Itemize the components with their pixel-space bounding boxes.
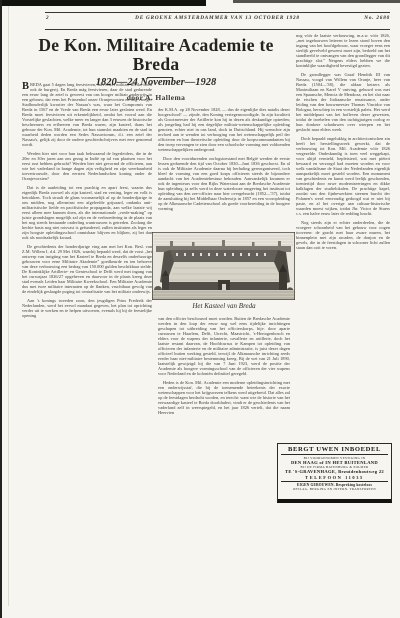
header-rule-top xyxy=(45,12,390,13)
paragraph: der K.M.A. op 28 November 1828, — dus de… xyxy=(158,107,290,152)
drop-cap: B xyxy=(22,82,30,91)
paragraph: Aan 's konings tweeden zoon, den jeugdig… xyxy=(22,298,152,318)
ad-headline: BERGT UWEN INBOEDEL xyxy=(278,446,391,453)
scan-edge-artifact xyxy=(0,0,2,618)
page-edge-line xyxy=(8,6,9,606)
newspaper-page: 2 DE GROENE AMSTERDAMMER VAN 13 OCTOBER … xyxy=(0,0,400,618)
header-rule-bottom xyxy=(45,29,390,30)
paragraph: Dat is de aanleiding tot een prachtig en… xyxy=(22,185,152,240)
ad-rule xyxy=(281,481,388,482)
paragraph: De geschiedenis der honderdjarige ving a… xyxy=(22,244,152,294)
byline-rule xyxy=(147,77,173,78)
article-title: De Kon. Militaire Academie te Breda xyxy=(22,36,290,74)
paragraph: BREDA gaat 5 dagen lang feestvieren, nie… xyxy=(22,82,152,147)
ad-line: TE 'S-GRAVENHAGE, Bezuidenhoutweg 22 xyxy=(278,469,391,474)
paragraph: Werden hier niet voor hun taak bekwaamd … xyxy=(22,151,152,181)
paragraph: Door den voortdurenden oorlogstoestand m… xyxy=(158,156,290,211)
paragraph: van den officier beschouwd moet worden. … xyxy=(158,316,290,376)
article-column-3: nog vóór de laatste verbouwing, m.a.w. v… xyxy=(296,33,390,438)
castle-engraving-figure xyxy=(152,232,295,300)
article-column-2-lower: van den officier beschouwd moet worden. … xyxy=(158,316,290,503)
article-column-1: BREDA gaat 5 dagen lang feestvieren, nie… xyxy=(22,82,152,504)
paragraph: De grondlegger was Graaf Hendrik III van… xyxy=(296,72,390,132)
advertisement-box: BERGT UWEN INBOEDEL BIJ VOORGENOMEN VEST… xyxy=(277,443,392,503)
paragraph: Heden is de Kon. Mil. Academie een moder… xyxy=(158,380,290,415)
ad-rule xyxy=(281,454,388,455)
paragraph: Nog steeds zijn er echter onderdeelen, d… xyxy=(296,220,390,250)
paragraph: nog vóór de laatste verbouwing, m.a.w. v… xyxy=(296,33,390,68)
ad-line: OPSLAG, BERGING EN INTERN. TRANSPORTEN xyxy=(278,487,391,491)
paragraph: Doch bepaald ongelukkig in architectonis… xyxy=(296,136,390,216)
figure-caption: Het Kasteel van Breda xyxy=(158,302,290,310)
paragraph-text: REDA gaat 5 dagen lang feestvieren, niet… xyxy=(22,82,152,147)
scan-edge-artifact xyxy=(233,0,400,3)
issue-number: No. 2680 xyxy=(364,15,390,21)
article-column-2-upper: der K.M.A. op 28 November 1828, — dus de… xyxy=(158,107,290,230)
scan-edge-artifact xyxy=(0,0,206,6)
ad-telephone: TELEFOON 11035 xyxy=(278,475,391,480)
masthead: DE GROENE AMSTERDAMMER VAN 13 OCTOBER 19… xyxy=(45,15,390,21)
castle-engraving xyxy=(152,232,295,300)
